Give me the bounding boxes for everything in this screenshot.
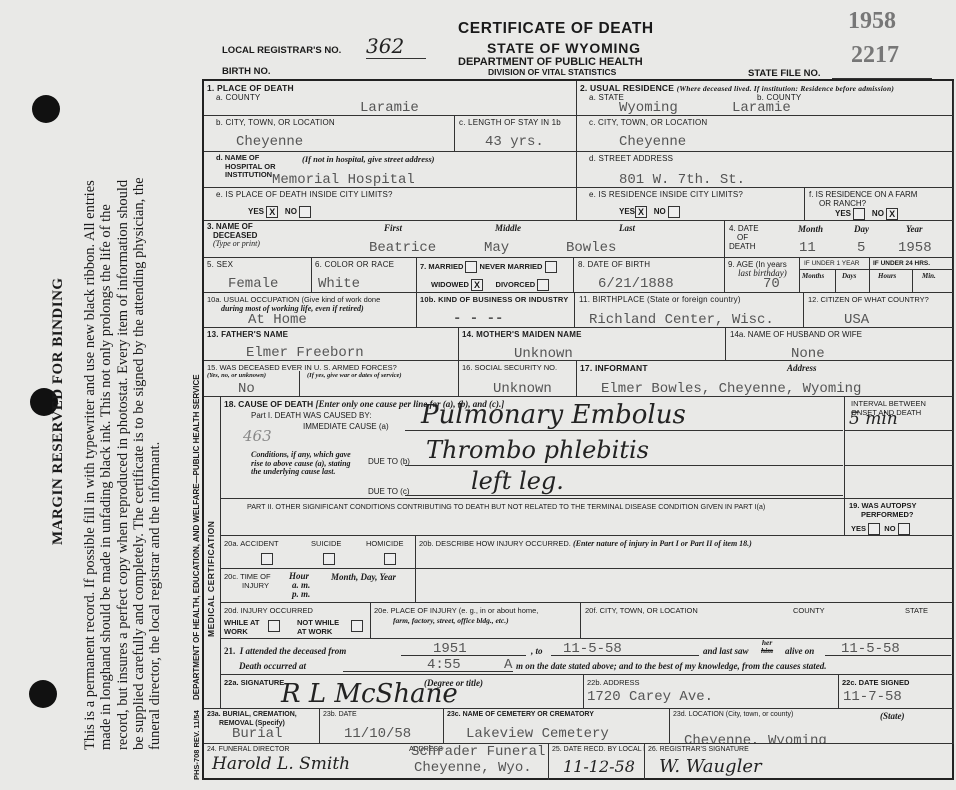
autopsy-yes-checkbox[interactable] xyxy=(868,523,880,535)
suicide-checkbox[interactable] xyxy=(323,553,335,565)
residence-farm-yes-checkbox[interactable] xyxy=(853,208,865,220)
field-race: 6. COLOR OR RACE White xyxy=(312,258,417,293)
field-hospital: d. NAME OF HOSPITAL OR INSTITUTION (If n… xyxy=(204,152,577,188)
date-received-value: 11-12-58 xyxy=(563,757,635,776)
field-date-of-birth: 8. DATE OF BIRTH 6/21/1888 xyxy=(574,258,725,293)
death-month-value: 11 xyxy=(799,240,816,256)
never-married-checkbox[interactable] xyxy=(545,261,557,273)
field-residence-farm: f. IS RESIDENCE ON A FARM OR RANCH? YES … xyxy=(805,188,954,221)
mother-name-value: Unknown xyxy=(514,346,573,361)
registrar-signature: W. Waugler xyxy=(659,756,762,777)
deceased-first-name: Beatrice xyxy=(369,240,436,256)
age-value: 70 xyxy=(763,276,780,292)
attended-from-value: 1951 xyxy=(433,641,467,657)
margin-title: MARGIN RESERVED FOR BINDING xyxy=(50,277,67,545)
funeral-director-signature: Harold L. Smith xyxy=(212,754,350,774)
field-sex: 5. SEX Female xyxy=(204,258,312,293)
field-marital-status: 7. MARRIED NEVER MARRIED WIDOWED X DIVOR… xyxy=(417,258,574,293)
field-cemetery: 23c. NAME OF CEMETERY OR CREMATORY Lakev… xyxy=(444,709,670,744)
occupation-value: At Home xyxy=(248,312,307,328)
while-at-work-checkbox[interactable] xyxy=(268,620,280,632)
field-citizenship: 12. CITIZEN OF WHAT COUNTRY? USA xyxy=(804,293,954,328)
field-residence-inside-limits: e. IS RESIDENCE INSIDE CITY LIMITS? YESX… xyxy=(577,188,805,221)
spouse-name-value: None xyxy=(791,346,825,361)
field-injury-type: 20a. ACCIDENT SUICIDE HOMICIDE xyxy=(221,536,416,569)
field-cause-of-death: 18. CAUSE OF DEATH [Enter only one cause… xyxy=(221,397,845,499)
field-funeral-director: 24. FUNERAL DIRECTOR Harold L. Smith ADD… xyxy=(204,744,549,780)
residence-county-value: Laramie xyxy=(732,100,791,116)
burial-date-value: 11/10/58 xyxy=(344,726,411,742)
certificate-form: 1. PLACE OF DEATH a. COUNTY Laramie 2. U… xyxy=(202,79,954,780)
state-file-label: STATE FILE NO. xyxy=(748,68,820,79)
race-value: White xyxy=(318,276,360,292)
interval-value: 5 min xyxy=(849,409,898,429)
deceased-middle-name: May xyxy=(484,240,509,256)
residence-city-value: Cheyenne xyxy=(619,134,686,150)
field-date-signed: 22c. DATE SIGNED 11-7-58 xyxy=(839,675,954,709)
field-injury-description: 20b. DESCRIBE HOW INJURY OCCURRED. (Ente… xyxy=(416,536,954,569)
field-interval: INTERVAL BETWEEN ONSET AND DEATH 5 min xyxy=(845,397,954,499)
immediate-cause-value: Pulmonary Embolus xyxy=(421,400,686,430)
field-injury-location: 20f. CITY, TOWN, OR LOCATION COUNTY STAT… xyxy=(581,603,954,639)
place-inside-limits-yes-checkbox[interactable]: X xyxy=(266,206,278,218)
binding-hole xyxy=(32,95,60,123)
local-registrar-label: LOCAL REGISTRAR'S NO. xyxy=(222,45,341,56)
sex-value: Female xyxy=(228,276,278,292)
field-residence-city: c. CITY, TOWN, OR LOCATION Cheyenne xyxy=(577,116,954,152)
hospital-value: Memorial Hospital xyxy=(272,172,415,188)
cemetery-value: Lakeview Cemetery xyxy=(466,726,609,742)
field-registrar-signature: 26. REGISTRAR'S SIGNATURE W. Waugler xyxy=(645,744,954,780)
field-physician-signature: 22a. SIGNATURE (Degree or title) R L McS… xyxy=(221,675,584,709)
deceased-last-name: Bowles xyxy=(566,240,616,256)
stamp-year: 1958 xyxy=(848,8,896,35)
field-under-1-year: IF UNDER 1 YEAR Months Days xyxy=(800,258,870,293)
medical-certification-band: MEDICAL CERTIFICATION xyxy=(204,397,221,709)
field-father-name: 13. FATHER'S NAME Elmer Freeborn xyxy=(204,328,459,361)
due-to-b-value: Thrombo phlebitis xyxy=(426,436,649,464)
agency-name: DEPARTMENT OF HEALTH, EDUCATION, AND WEL… xyxy=(192,374,201,700)
death-day-value: 5 xyxy=(857,240,865,256)
local-registrar-number: 362 xyxy=(366,34,426,59)
not-while-at-work-checkbox[interactable] xyxy=(351,620,363,632)
place-city-value: Cheyenne xyxy=(236,134,303,150)
field-armed-forces: 15. WAS DECEASED EVER IN U. S. ARMED FOR… xyxy=(204,361,459,397)
business-value: - - -- xyxy=(453,311,503,327)
binding-hole xyxy=(29,680,57,708)
last-seen-alive-value: 11-5-58 xyxy=(841,641,900,657)
death-year-value: 1958 xyxy=(898,240,932,256)
field-occupation: 10a. USUAL OCCUPATION (Give kind of work… xyxy=(204,293,417,328)
residence-state-value: Wyoming xyxy=(619,100,678,116)
field-length-of-stay: c. LENGTH OF STAY IN 1b 43 yrs. xyxy=(455,116,577,152)
field-deceased-name: 3. NAME OF DECEASED (Type or print) Firs… xyxy=(204,221,725,258)
field-place-city: b. CITY, TOWN, OR LOCATION Cheyenne xyxy=(204,116,455,152)
death-time-value: 4:55 xyxy=(427,657,461,673)
form-id: PHS-708 REV. 11/54 xyxy=(192,710,201,780)
residence-farm-no-checkbox[interactable]: X xyxy=(886,208,898,220)
accident-checkbox[interactable] xyxy=(261,553,273,565)
homicide-checkbox[interactable] xyxy=(384,553,396,565)
field-place-inside-limits: e. IS PLACE OF DEATH INSIDE CITY LIMITS?… xyxy=(204,188,577,221)
date-of-birth-value: 6/21/1888 xyxy=(598,276,674,292)
divorced-checkbox[interactable] xyxy=(537,279,549,291)
field-business: 10b. KIND OF BUSINESS OR INDUSTRY - - -- xyxy=(417,293,575,328)
place-inside-limits-no-checkbox[interactable] xyxy=(299,206,311,218)
autopsy-no-checkbox[interactable] xyxy=(898,523,910,535)
residence-inside-limits-no-checkbox[interactable] xyxy=(668,206,680,218)
field-under-24-hours: IF UNDER 24 HRS. Hours Min. xyxy=(870,258,954,293)
field-social-security: 16. SOCIAL SECURITY NO. Unknown xyxy=(459,361,577,397)
attended-to-value: 11-5-58 xyxy=(563,641,622,657)
field-part-ii: PART II. OTHER SIGNIFICANT CONDITIONS CO… xyxy=(221,499,845,536)
field-injury-place: 20e. PLACE OF INJURY (e. g., in or about… xyxy=(371,603,581,639)
date-signed-value: 11-7-58 xyxy=(843,689,902,705)
state-title: STATE OF WYOMING xyxy=(487,40,641,56)
cause-code: 463 xyxy=(243,427,272,445)
field-burial-date: 23b. DATE 11/10/58 xyxy=(320,709,444,744)
field-injury-time-blank xyxy=(416,569,954,603)
burial-location-value: Cheyenne, Wyoming xyxy=(684,733,827,744)
field-place-county: 1. PLACE OF DEATH a. COUNTY Laramie xyxy=(204,81,577,116)
field-age: 9. AGE (In years last birthday) 70 xyxy=(725,258,800,293)
funeral-home-name: Schrader Funeral Home xyxy=(411,744,549,760)
field-residence-state-county: 2. USUAL RESIDENCE (Where deceased lived… xyxy=(577,81,954,116)
division-title: DIVISION OF VITAL STATISTICS xyxy=(488,67,616,77)
birth-no-label: BIRTH NO. xyxy=(222,66,271,77)
field-birthplace: 11. BIRTHPLACE (State or foreign country… xyxy=(575,293,804,328)
field-informant: 17. INFORMANT Address Elmer Bowles, Chey… xyxy=(577,361,954,397)
widowed-checkbox[interactable]: X xyxy=(471,279,483,291)
residence-inside-limits-yes-checkbox[interactable]: X xyxy=(635,206,647,218)
disposition-value: Burial xyxy=(232,726,282,742)
field-injury-time: 20c. TIME OF INJURY Hour a. m. p. m. Mon… xyxy=(221,569,416,603)
certificate-title: CERTIFICATE OF DEATH xyxy=(458,20,654,38)
social-security-value: Unknown xyxy=(493,381,552,397)
field-date-of-death: 4. DATE OF DEATH Month Day Year 11 5 195… xyxy=(725,221,954,258)
informant-value: Elmer Bowles, Cheyenne, Wyoming xyxy=(601,381,861,397)
field-residence-street: d. STREET ADDRESS 801 W. 7th. St. xyxy=(577,152,954,188)
field-physician-address: 22b. ADDRESS 1720 Carey Ave. xyxy=(584,675,839,709)
field-burial-location: 23d. LOCATION (City, town, or county) (S… xyxy=(670,709,954,744)
field-injury-at-work: 20d. INJURY OCCURRED WHILE AT WORK NOT W… xyxy=(221,603,371,639)
place-county-value: Laramie xyxy=(360,100,419,116)
length-of-stay-value: 43 yrs. xyxy=(485,134,544,150)
funeral-home-city: Cheyenne, Wyo. xyxy=(414,760,532,776)
armed-forces-value: No xyxy=(238,381,255,397)
due-to-c-value: left leg. xyxy=(471,467,564,495)
residence-street-value: 801 W. 7th. St. xyxy=(619,172,745,188)
death-time-ampm: A xyxy=(504,657,512,673)
citizenship-value: USA xyxy=(844,312,869,328)
field-mother-name: 14. MOTHER'S MAIDEN NAME Unknown xyxy=(459,328,726,361)
birthplace-value: Richland Center, Wisc. xyxy=(589,312,774,328)
field-disposition: 23a. BURIAL, CREMATION, REMOVAL (Specify… xyxy=(204,709,320,744)
field-autopsy: 19. WAS AUTOPSY PERFORMED? YES NO xyxy=(845,499,954,536)
field-attendance: 21. I attended the deceased from 1951 , … xyxy=(221,639,954,675)
margin-instructions: This is a permanent record. If possible … xyxy=(82,177,163,750)
physician-address-value: 1720 Carey Ave. xyxy=(587,689,713,705)
stamp-number: 2217 xyxy=(851,42,899,69)
field-date-received: 25. DATE RECD. BY LOCAL REG. 11-12-58 xyxy=(549,744,645,780)
father-name-value: Elmer Freeborn xyxy=(246,345,364,361)
physician-signature: R L McShane xyxy=(281,679,458,709)
field-spouse-name: 14a. NAME OF HUSBAND OR WIFE None xyxy=(726,328,954,361)
married-checkbox[interactable] xyxy=(465,261,477,273)
